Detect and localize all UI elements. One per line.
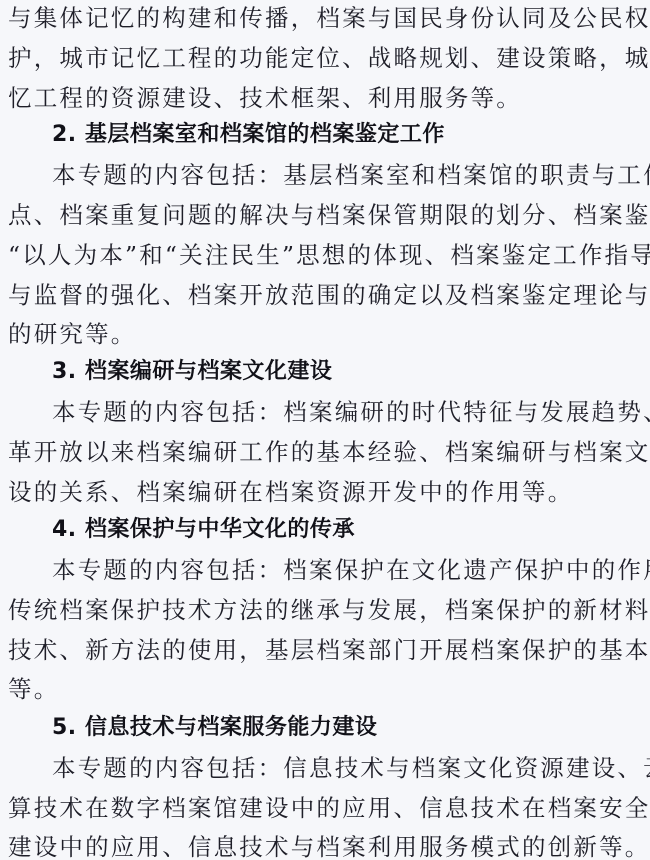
body-text-line: 建设中的应用、信息技术与档案利用服务模式的创新等。 <box>8 831 650 860</box>
body-text-line: 忆工程的资源建设、技术框架、利用服务等。 <box>8 82 522 114</box>
section-heading-4: 4. 档案保护与中华文化的传承 <box>52 514 355 546</box>
section-heading-2: 2. 基层档案室和档案馆的档案鉴定工作 <box>52 119 445 151</box>
body-text-line: 本专题的内容包括：档案保护在文化遗产保护中的作用， <box>52 554 650 586</box>
section-heading-3: 3. 档案编研与档案文化建设 <box>52 356 332 388</box>
body-text-line: 设的关系、档案编研在档案资源开发中的作用等。 <box>8 476 573 508</box>
body-text-line: 与集体记忆的构建和传播，档案与国民身份认同及公民权益保 <box>8 2 650 34</box>
body-text-line: 传统档案保护技术方法的继承与发展，档案保护的新材料、新 <box>8 594 650 626</box>
body-text-line: 本专题的内容包括：信息技术与档案文化资源建设、云计 <box>52 752 650 784</box>
body-text-line: 技术、新方法的使用，基层档案部门开展档案保护的基本经验 <box>8 634 650 666</box>
body-text-line: 本专题的内容包括：档案编研的时代特征与发展趋势、改 <box>52 396 650 428</box>
body-text-line: 等。 <box>8 673 59 705</box>
body-text-line: 的研究等。 <box>8 318 137 350</box>
body-text-line: 护，城市记忆工程的功能定位、战略规划、建设策略，城市记 <box>8 42 650 74</box>
body-text-line: 本专题的内容包括：基层档案室和档案馆的职责与工作特 <box>52 159 650 191</box>
section-heading-5: 5. 信息技术与档案服务能力建设 <box>52 712 377 744</box>
body-text-line: 算技术在数字档案馆建设中的应用、信息技术在档案安全体系 <box>8 792 650 824</box>
body-text-line: 点、档案重复问题的解决与档案保管期限的划分、档案鉴定中 <box>8 199 650 231</box>
body-text-line: “以人为本”和“关注民生”思想的体现、档案鉴定工作指导 <box>8 239 650 271</box>
body-text-line: 与监督的强化、档案开放范围的确定以及档案鉴定理论与实践 <box>8 279 650 311</box>
body-text-line: 革开放以来档案编研工作的基本经验、档案编研与档案文化建 <box>8 436 650 468</box>
